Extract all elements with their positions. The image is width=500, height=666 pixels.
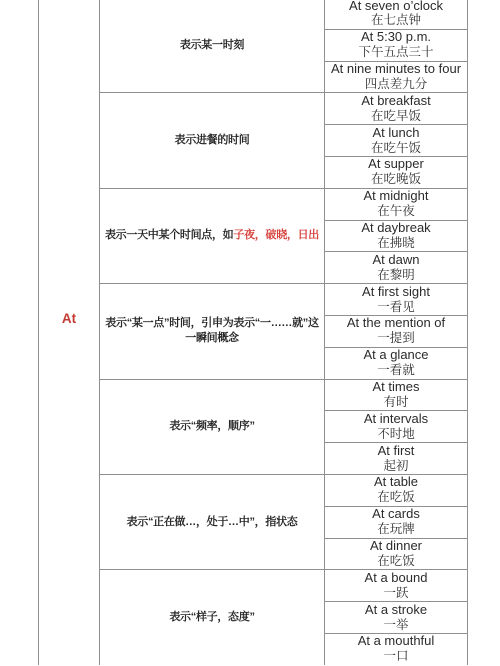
category-cell: 表示“样子，态度” bbox=[100, 570, 325, 664]
example-row: At breakfast 在吃早饭 bbox=[325, 93, 467, 124]
example-list: At a bound 一跃 At a stroke 一举 At a mouthf… bbox=[325, 570, 467, 664]
usage-group-row: 表示某一时刻 At seven o’clock 在七点钟 At 5:30 p.m… bbox=[100, 0, 467, 93]
usage-group-row: 表示“正在做…，处于…中”，指状态 At table 在吃饭 At cards … bbox=[100, 475, 467, 570]
preposition-cell: At bbox=[38, 0, 100, 665]
page-root: At 表示某一时刻 At seven o’clock 在七点钟 At 5:30 … bbox=[0, 0, 500, 666]
example-row: At dawn 在黎明 bbox=[325, 251, 467, 283]
category-text: 表示进餐的时间 bbox=[175, 133, 250, 148]
example-english: At a stroke bbox=[365, 602, 427, 618]
example-english: At intervals bbox=[364, 411, 428, 427]
example-row: At 5:30 p.m. 下午五点三十 bbox=[325, 29, 467, 61]
example-row: At midnight 在午夜 bbox=[325, 189, 467, 220]
example-list: At breakfast 在吃早饭 At lunch 在吃午饭 At suppe… bbox=[325, 93, 467, 187]
category-cell: 表示某一时刻 bbox=[100, 0, 325, 92]
example-row: At first sight 一看见 bbox=[325, 284, 467, 315]
example-english: At supper bbox=[368, 156, 424, 172]
example-list: At seven o’clock 在七点钟 At 5:30 p.m. 下午五点三… bbox=[325, 0, 467, 92]
category-text: 表示“正在做…，处于…中”，指状态 bbox=[127, 515, 298, 530]
usage-group-row: 表示“样子，态度” At a bound 一跃 At a stroke 一举 A… bbox=[100, 570, 467, 664]
example-chinese: 四点差九分 bbox=[365, 77, 428, 92]
example-row: At table 在吃饭 bbox=[325, 475, 467, 506]
example-row: At the mention of 一提到 bbox=[325, 315, 467, 347]
example-row: At a bound 一跃 bbox=[325, 570, 467, 601]
example-chinese: 在吃饭 bbox=[377, 490, 415, 505]
category-cell: 表示“正在做…，处于…中”，指状态 bbox=[100, 475, 325, 569]
example-chinese: 一提到 bbox=[377, 331, 415, 346]
category-cell: 表示一天中某个时间点，如子夜，破晓，日出 bbox=[100, 189, 325, 283]
example-chinese: 下午五点三十 bbox=[358, 45, 433, 60]
example-row: At a stroke 一举 bbox=[325, 601, 467, 633]
example-english: At first bbox=[378, 443, 415, 459]
example-chinese: 在七点钟 bbox=[371, 13, 421, 28]
example-list: At times 有时 At intervals 不时地 At first 起初 bbox=[325, 380, 467, 474]
preposition-usage-table: At 表示某一时刻 At seven o’clock 在七点钟 At 5:30 … bbox=[38, 0, 468, 665]
example-chinese: 在午夜 bbox=[377, 204, 415, 219]
category-cell: 表示“某一点”时间，引申为表示“一……就”这一瞬间概念 bbox=[100, 284, 325, 378]
category-text: 表示某一时刻 bbox=[180, 38, 244, 53]
example-english: At seven o’clock bbox=[349, 0, 443, 13]
example-english: At table bbox=[374, 475, 418, 490]
example-english: At first sight bbox=[362, 284, 430, 299]
example-list: At table 在吃饭 At cards 在玩牌 At dinner 在吃饭 bbox=[325, 475, 467, 569]
usage-group-row: 表示进餐的时间 At breakfast 在吃早饭 At lunch 在吃午饭 … bbox=[100, 93, 467, 188]
example-chinese: 在吃饭 bbox=[377, 554, 415, 569]
category-text: 表示“频率，顺序” bbox=[169, 419, 254, 434]
example-chinese: 一口 bbox=[383, 649, 408, 664]
example-list: At first sight 一看见 At the mention of 一提到… bbox=[325, 284, 467, 378]
example-chinese: 在黎明 bbox=[377, 268, 415, 283]
category-text: 表示“样子，态度” bbox=[169, 610, 254, 625]
example-english: At a glance bbox=[363, 347, 428, 363]
example-row: At dinner 在吃饭 bbox=[325, 538, 467, 570]
example-english: At a bound bbox=[365, 570, 428, 585]
example-row: At a glance 一看就 bbox=[325, 347, 467, 379]
example-english: At lunch bbox=[373, 125, 420, 141]
example-english: At cards bbox=[372, 506, 420, 522]
example-row: At lunch 在吃午饭 bbox=[325, 124, 467, 156]
example-chinese: 起初 bbox=[383, 459, 408, 474]
category-cell: 表示“频率，顺序” bbox=[100, 380, 325, 474]
example-chinese: 在吃早饭 bbox=[371, 109, 421, 124]
example-row: At supper 在吃晚饭 bbox=[325, 156, 467, 188]
example-chinese: 在拂晓 bbox=[377, 236, 415, 251]
category-text: 表示一天中某个时间点，如 bbox=[105, 228, 233, 243]
example-english: At nine minutes to four bbox=[331, 61, 461, 77]
example-chinese: 一举 bbox=[383, 618, 408, 633]
example-english: At midnight bbox=[363, 189, 428, 204]
example-row: At first 起初 bbox=[325, 442, 467, 474]
category-text: 表示“某一点”时间，引申为表示“一……就”这一瞬间概念 bbox=[102, 316, 322, 346]
preposition-label: At bbox=[39, 311, 99, 327]
example-row: At daybreak 在拂晓 bbox=[325, 220, 467, 252]
example-chinese: 在吃晚饭 bbox=[371, 172, 421, 187]
usage-group-row: 表示一天中某个时间点，如子夜，破晓，日出 At midnight 在午夜 At … bbox=[100, 189, 467, 284]
example-chinese: 一看见 bbox=[377, 300, 415, 315]
category-highlight-text: 子夜，破晓，日出 bbox=[233, 228, 319, 243]
example-english: At dawn bbox=[373, 252, 420, 268]
example-chinese: 一看就 bbox=[377, 363, 415, 378]
example-chinese: 有时 bbox=[383, 395, 408, 410]
example-english: At breakfast bbox=[361, 93, 430, 108]
example-list: At midnight 在午夜 At daybreak 在拂晓 At dawn … bbox=[325, 189, 467, 283]
category-cell: 表示进餐的时间 bbox=[100, 93, 325, 187]
example-chinese: 在吃午饭 bbox=[371, 141, 421, 156]
usage-group-row: 表示“频率，顺序” At times 有时 At intervals 不时地 A… bbox=[100, 380, 467, 475]
example-row: At intervals 不时地 bbox=[325, 410, 467, 442]
example-english: At dinner bbox=[370, 538, 422, 554]
example-chinese: 在玩牌 bbox=[377, 522, 415, 537]
usage-groups: 表示某一时刻 At seven o’clock 在七点钟 At 5:30 p.m… bbox=[100, 0, 468, 665]
example-english: At the mention of bbox=[347, 315, 445, 331]
example-chinese: 一跃 bbox=[383, 586, 408, 601]
example-english: At 5:30 p.m. bbox=[361, 29, 431, 45]
example-row: At seven o’clock 在七点钟 bbox=[325, 0, 467, 29]
example-row: At nine minutes to four 四点差九分 bbox=[325, 61, 467, 93]
example-chinese: 不时地 bbox=[377, 427, 415, 442]
example-row: At cards 在玩牌 bbox=[325, 506, 467, 538]
usage-group-row: 表示“某一点”时间，引申为表示“一……就”这一瞬间概念 At first sig… bbox=[100, 284, 467, 379]
example-english: At daybreak bbox=[361, 220, 430, 236]
example-row: At times 有时 bbox=[325, 380, 467, 411]
example-english: At a mouthful bbox=[358, 633, 435, 649]
example-row: At a mouthful 一口 bbox=[325, 633, 467, 665]
example-english: At times bbox=[373, 380, 420, 395]
